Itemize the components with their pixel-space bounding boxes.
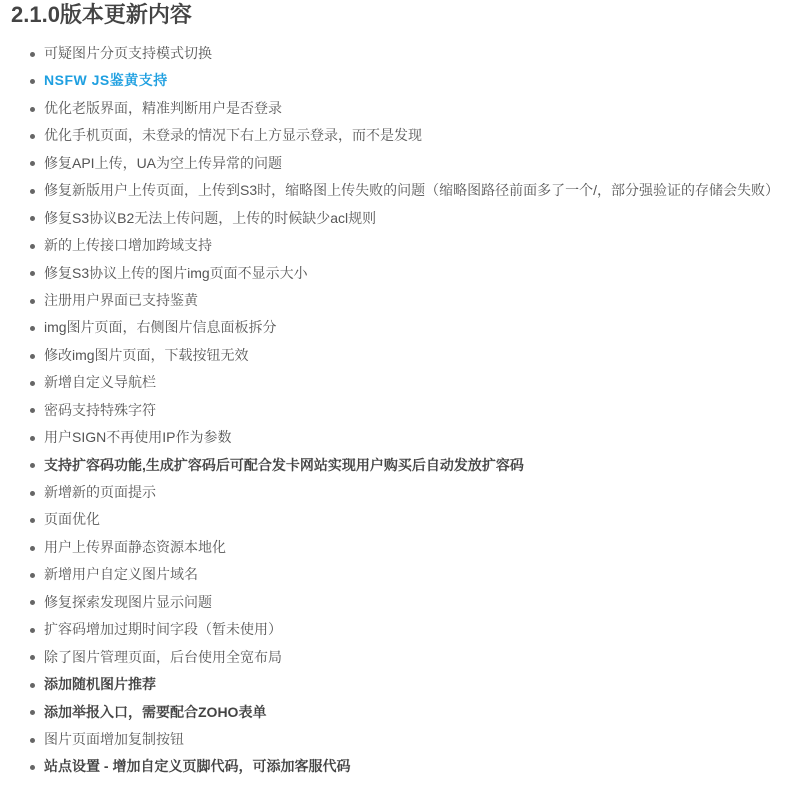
list-item: 新增自定义导航栏	[0, 369, 800, 396]
list-item: 注册用户界面已支持鉴黄	[0, 287, 800, 314]
list-item: 修复S3协议B2无法上传问题，上传的时候缺少acl规则	[0, 205, 800, 232]
bullet-icon	[30, 628, 35, 633]
list-item-text: 页面优化	[44, 511, 100, 527]
bullet-icon	[30, 52, 35, 57]
list-item: img图片页面，右侧图片信息面板拆分	[0, 314, 800, 341]
list-item-text: img图片页面，右侧图片信息面板拆分	[44, 319, 277, 335]
bullet-icon	[30, 491, 35, 496]
list-item-text: 新增自定义导航栏	[44, 374, 156, 390]
list-item-text: 新增用户自定义图片域名	[44, 566, 198, 582]
list-item-text: 密码支持特殊字符	[44, 402, 156, 418]
list-item: 修复探索发现图片显示问题	[0, 589, 800, 616]
list-item-text: 修复新版用户上传页面，上传到S3时，缩略图上传失败的问题（缩略图路径前面多了一个…	[44, 182, 779, 198]
bullet-icon	[30, 518, 35, 523]
list-item: 优化手机页面，未登录的情况下右上方显示登录，而不是发现	[0, 122, 800, 149]
list-item-link[interactable]: NSFW JS鉴黄支持	[0, 67, 800, 94]
list-item: 新增新的页面提示	[0, 479, 800, 506]
list-item-text: 优化老版界面，精准判断用户是否登录	[44, 100, 282, 116]
list-item: 修复API上传，UA为空上传异常的问题	[0, 150, 800, 177]
bullet-icon	[30, 546, 35, 551]
list-item: 图片页面增加复制按钮	[0, 726, 800, 753]
bullet-icon	[30, 738, 35, 743]
bullet-icon	[30, 161, 35, 166]
list-item: 扩容码增加过期时间字段（暂未使用）	[0, 616, 800, 643]
list-item: 新的上传接口增加跨域支持	[0, 232, 800, 259]
list-item: 新增用户自定义图片域名	[0, 561, 800, 588]
list-item-text: 修复API上传，UA为空上传异常的问题	[44, 155, 282, 171]
list-item: 修复S3协议上传的图片img页面不显示大小	[0, 260, 800, 287]
list-item-text: 添加随机图片推荐	[44, 676, 156, 692]
list-item: 修改img图片页面，下载按钮无效	[0, 342, 800, 369]
list-item-text: 图片页面增加复制按钮	[44, 731, 184, 747]
bullet-icon	[30, 299, 35, 304]
list-item-text: 用户上传界面静态资源本地化	[44, 539, 226, 555]
bullet-icon	[30, 326, 35, 331]
bullet-icon	[30, 134, 35, 139]
list-item-text: 修复探索发现图片显示问题	[44, 594, 212, 610]
bullet-icon	[30, 710, 35, 715]
list-item-text: 修复S3协议B2无法上传问题，上传的时候缺少acl规则	[44, 210, 376, 226]
list-item: 修复新版用户上传页面，上传到S3时，缩略图上传失败的问题（缩略图路径前面多了一个…	[0, 177, 800, 204]
list-item: 支持扩容码功能,生成扩容码后可配合发卡网站实现用户购买后自动发放扩容码	[0, 452, 800, 479]
list-item-text: 站点设置 - 增加自定义页脚代码，可添加客服代码	[44, 758, 350, 774]
list-item-text: 修复S3协议上传的图片img页面不显示大小	[44, 265, 308, 281]
bullet-icon	[30, 189, 35, 194]
bullet-icon	[30, 573, 35, 578]
bullet-icon	[30, 79, 35, 84]
bullet-icon	[30, 436, 35, 441]
change-list: 可疑图片分页支持模式切换NSFW JS鉴黄支持优化老版界面，精准判断用户是否登录…	[0, 40, 800, 781]
list-item: 站点设置 - 增加自定义页脚代码，可添加客服代码	[0, 753, 800, 780]
list-item-text: 支持扩容码功能,生成扩容码后可配合发卡网站实现用户购买后自动发放扩容码	[44, 457, 524, 473]
bullet-icon	[30, 216, 35, 221]
list-item-text: 可疑图片分页支持模式切换	[44, 45, 212, 61]
list-item-text: 优化手机页面，未登录的情况下右上方显示登录，而不是发现	[44, 127, 422, 143]
list-item: 优化老版界面，精准判断用户是否登录	[0, 95, 800, 122]
bullet-icon	[30, 271, 35, 276]
list-item: 密码支持特殊字符	[0, 397, 800, 424]
bullet-icon	[30, 244, 35, 249]
list-item: 用户SIGN不再使用IP作为参数	[0, 424, 800, 451]
bullet-icon	[30, 107, 35, 112]
version-title: 2.1.0版本更新内容	[11, 0, 800, 31]
list-item: 添加举报入口，需要配合ZOHO表单	[0, 699, 800, 726]
list-item-text: 新增新的页面提示	[44, 484, 156, 500]
bullet-icon	[30, 683, 35, 688]
bullet-icon	[30, 765, 35, 770]
nsfw-js-link[interactable]: NSFW JS鉴黄支持	[44, 72, 168, 88]
list-item-text: 添加举报入口，需要配合ZOHO表单	[44, 704, 266, 720]
release-notes: 2.1.0版本更新内容 可疑图片分页支持模式切换NSFW JS鉴黄支持优化老版界…	[0, 0, 800, 31]
bullet-icon	[30, 655, 35, 660]
bullet-icon	[30, 381, 35, 386]
list-item: 用户上传界面静态资源本地化	[0, 534, 800, 561]
bullet-icon	[30, 408, 35, 413]
list-item: 可疑图片分页支持模式切换	[0, 40, 800, 67]
list-item: 添加随机图片推荐	[0, 671, 800, 698]
list-item: 页面优化	[0, 506, 800, 533]
list-item-text: 新的上传接口增加跨域支持	[44, 237, 212, 253]
list-item-text: 扩容码增加过期时间字段（暂未使用）	[44, 621, 282, 637]
list-item-text: 除了图片管理页面，后台使用全宽布局	[44, 649, 282, 665]
list-item-text: 用户SIGN不再使用IP作为参数	[44, 429, 231, 445]
bullet-icon	[30, 354, 35, 359]
list-item-text: 修改img图片页面，下载按钮无效	[44, 347, 249, 363]
list-item-text: 注册用户界面已支持鉴黄	[44, 292, 198, 308]
bullet-icon	[30, 600, 35, 605]
bullet-icon	[30, 463, 35, 468]
list-item: 除了图片管理页面，后台使用全宽布局	[0, 644, 800, 671]
